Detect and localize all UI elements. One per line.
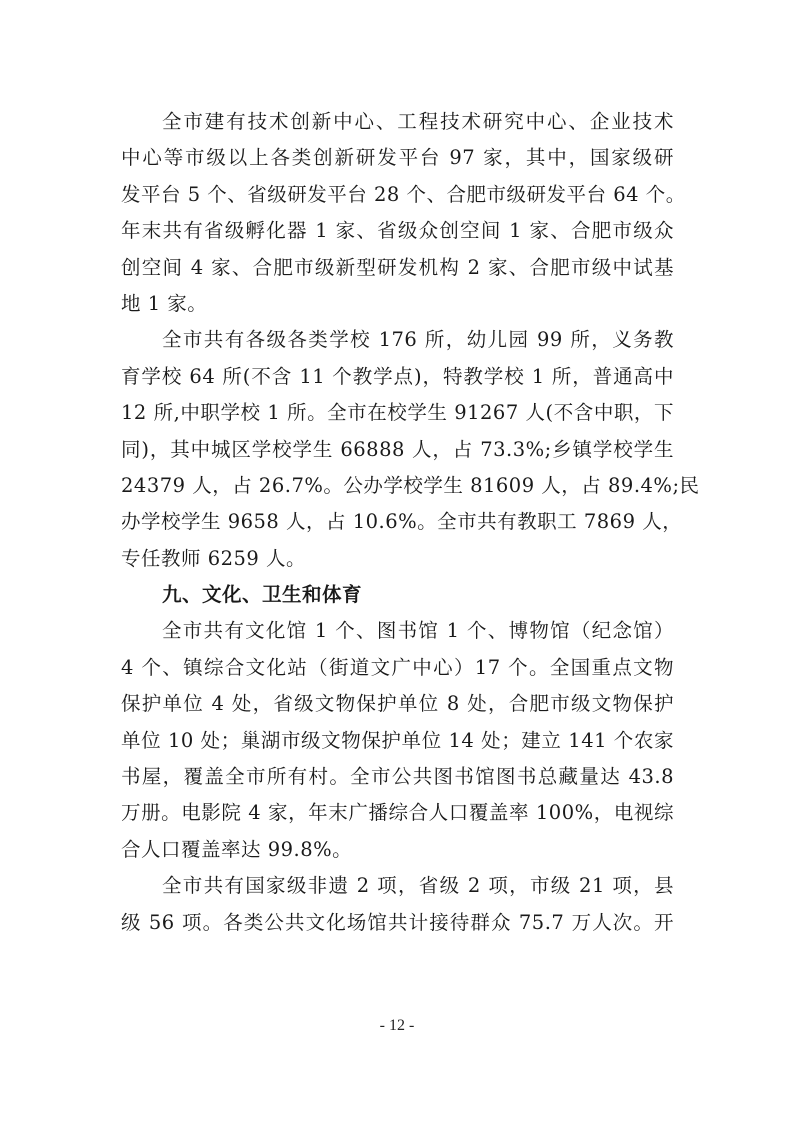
- text-line: 保护单位 4 处，省级文物保护单位 8 处，合肥市级文物保护: [121, 686, 674, 722]
- paragraph-education: 全市共有各级各类学校 176 所，幼儿园 99 所，义务教 育学校 64 所(不…: [121, 322, 674, 577]
- text-line: 发平台 5 个、省级研发平台 28 个、合肥市级研发平台 64 个。: [121, 177, 674, 213]
- text-line: 全市共有文化馆 1 个、图书馆 1 个、博物馆（纪念馆）: [121, 613, 674, 649]
- text-column: 全市建有技术创新中心、工程技术研究中心、企业技术 中心等市级以上各类创新研发平台…: [121, 104, 674, 941]
- paragraph-innovation-platforms: 全市建有技术创新中心、工程技术研究中心、企业技术 中心等市级以上各类创新研发平台…: [121, 104, 674, 322]
- text-line: 单位 10 处；巢湖市级文物保护单位 14 处；建立 141 个农家: [121, 723, 674, 759]
- text-line: 4 个、镇综合文化站（街道文广中心）17 个。全国重点文物: [121, 650, 674, 686]
- text-line: 同)，其中城区学校学生 66888 人，占 73.3%;乡镇学校学生: [121, 432, 674, 468]
- text-line: 地 1 家。: [121, 286, 674, 322]
- text-line: 年末共有省级孵化器 1 家、省级众创空间 1 家、合肥市级众: [121, 213, 674, 249]
- text-line: 中心等市级以上各类创新研发平台 97 家，其中，国家级研: [121, 140, 674, 176]
- text-line: 全市共有国家级非遗 2 项，省级 2 项，市级 21 项，县: [121, 868, 674, 904]
- text-line: 级 56 项。各类公共文化场馆共计接待群众 75.7 万人次。开: [121, 905, 674, 941]
- text-line: 创空间 4 家、合肥市级新型研发机构 2 家、合肥市级中试基: [121, 250, 674, 286]
- text-line: 合人口覆盖率达 99.8%。: [121, 832, 674, 868]
- text-line: 育学校 64 所(不含 11 个教学点)，特教学校 1 所，普通高中: [121, 359, 674, 395]
- paragraph-intangible-heritage: 全市共有国家级非遗 2 项，省级 2 项，市级 21 项，县 级 56 项。各类…: [121, 868, 674, 941]
- text-line: 万册。电影院 4 家，年末广播综合人口覆盖率 100%，电视综: [121, 795, 674, 831]
- text-line: 书屋，覆盖全市所有村。全市公共图书馆图书总藏量达 43.8: [121, 759, 674, 795]
- paragraph-culture-facilities: 全市共有文化馆 1 个、图书馆 1 个、博物馆（纪念馆） 4 个、镇综合文化站（…: [121, 613, 674, 868]
- text-line: 办学校学生 9658 人，占 10.6%。全市共有教职工 7869 人，: [121, 504, 674, 540]
- text-line: 专任教师 6259 人。: [121, 541, 674, 577]
- text-line: 全市建有技术创新中心、工程技术研究中心、企业技术: [121, 104, 674, 140]
- document-page: 全市建有技术创新中心、工程技术研究中心、企业技术 中心等市级以上各类创新研发平台…: [0, 0, 794, 1122]
- text-line: 12 所,中职学校 1 所。全市在校学生 91267 人(不含中职，下: [121, 395, 674, 431]
- section-heading: 九、文化、卫生和体育: [121, 577, 674, 613]
- text-line: 全市共有各级各类学校 176 所，幼儿园 99 所，义务教: [121, 322, 674, 358]
- page-number: - 12 -: [0, 1017, 794, 1035]
- text-line: 24379 人，占 26.7%。公办学校学生 81609 人，占 89.4%;民: [121, 468, 674, 504]
